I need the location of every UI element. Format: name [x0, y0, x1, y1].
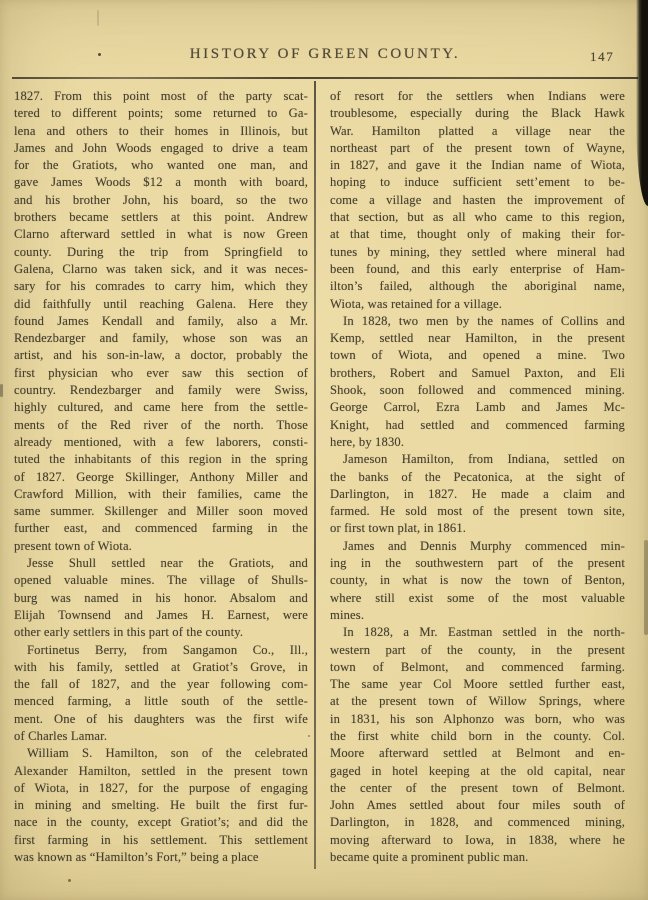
text-line: ment. One of his daughters was the first… [14, 711, 308, 728]
text-line: gaged in hotel keeping at the old capita… [330, 763, 625, 780]
text-line: became quite a prominent public man. [330, 849, 625, 866]
text-line: nace in the county, except Gratiot’s; an… [14, 814, 308, 831]
text-line: John Ames settled about four miles south… [330, 797, 625, 814]
text-line: Wiota, was retained for a village. [330, 296, 625, 313]
page-number: 147 [590, 49, 626, 65]
text-line: where still exist some of the most valua… [330, 590, 625, 607]
text-line: in mining and smelting. He built the fir… [14, 797, 308, 814]
text-line: War. Hamilton platted a village near the [330, 123, 625, 140]
text-line: James and Dennis Murphy commenced min- [330, 538, 625, 555]
text-line: Darlington, in 1827. He made a claim and [330, 486, 625, 503]
text-line: tered to different points; some returned… [14, 105, 308, 122]
text-line: Clarno afterward settled in what is now … [14, 226, 308, 243]
text-line: or first town plat, in 1861. [330, 520, 625, 537]
text-line: Rendezbarger and family, whose son was a… [14, 330, 308, 347]
text-line: Elijah Townsend and James H. Earnest, we… [14, 607, 308, 624]
text-line: sary for his comrades to carry him, whic… [14, 278, 308, 295]
text-line: lena and others to their homes in Illino… [14, 123, 308, 140]
text-line: moving afterward to Iowa, in 1838, where… [330, 832, 625, 849]
scan-edge-artifact [644, 540, 648, 635]
text-line: county, in what is now the town of Bento… [330, 572, 625, 589]
text-line: Knight, had settled and commenced farmin… [330, 417, 625, 434]
text-line: Jesse Shull settled near the Gratiots, a… [14, 555, 308, 572]
text-line: In 1828, two men by the names of Collins… [330, 313, 625, 330]
text-line: William S. Hamilton, son of the celebrat… [14, 745, 308, 762]
text-line: first farming in his settlement. This se… [14, 832, 308, 849]
text-line: did faithfully until reaching Galena. He… [14, 296, 308, 313]
text-line: in 1827, and gave it the Indian name of … [330, 157, 625, 174]
text-line: Shook, soon followed and commenced minin… [330, 382, 625, 399]
left-text-column: 1827. From this point most of the party … [14, 88, 308, 866]
text-line: Darlington, in 1828, and commenced minin… [330, 814, 625, 831]
text-line: brothers became settlers at this point. … [14, 209, 308, 226]
text-line: found James Kendall and family, also a M… [14, 313, 308, 330]
book-page-scan: HISTORY OF GREEN COUNTY. 147 1827. From … [0, 0, 648, 900]
text-line: already mentioned, with a few laborers, … [14, 434, 308, 451]
text-line: of 1827. George Skillinger, Anthony Mill… [14, 469, 308, 486]
column-divider [314, 81, 316, 869]
text-line: western part of the county, in the prese… [330, 642, 625, 659]
scan-edge-artifact [636, 0, 648, 206]
text-line: opened valuable mines. The village of Sh… [14, 572, 308, 589]
text-line: James and John Woods engaged to drive a … [14, 140, 308, 157]
text-line: Fortinetus Berry, from Sangamon Co., Ill… [14, 642, 308, 659]
text-line: further east, and commenced farming in t… [14, 520, 308, 537]
text-line: hoping to induce sufficient sett’ement t… [330, 174, 625, 191]
text-line: Jameson Hamilton, from Indiana, settled … [330, 451, 625, 468]
text-line: farmed. He sold most of the present town… [330, 503, 625, 520]
header-rule [12, 77, 638, 79]
text-line: for the Gratiots, who wanted one man, an… [14, 157, 308, 174]
text-line: menced farming, a little south of the se… [14, 693, 308, 710]
text-line: and his brother John, his board, so the … [14, 192, 308, 209]
text-line: with his family, settled at Gratiot’s Gr… [14, 659, 308, 676]
text-line: of resort for the settlers when Indians … [330, 88, 625, 105]
scan-speck [68, 879, 71, 882]
text-line: The same year Col Moore settled further … [330, 676, 625, 693]
text-line: mines. [330, 607, 625, 624]
text-line: ing in the southwestern part of the pres… [330, 555, 625, 572]
text-line: the center of the present town of Belmon… [330, 780, 625, 797]
page-title: HISTORY OF GREEN COUNTY. [12, 46, 638, 63]
text-line: country. Rendezbarger and family were Sw… [14, 382, 308, 399]
scan-speck [97, 10, 99, 26]
right-text-column: of resort for the settlers when Indians … [330, 88, 625, 866]
text-line: troublesome, especially during the Black… [330, 105, 625, 122]
scan-speck [0, 384, 3, 397]
text-line: here, by 1830. [330, 434, 625, 451]
text-line: 1827. From this point most of the party … [14, 88, 308, 105]
text-line: come a village and hasten the improvemen… [330, 192, 625, 209]
text-line: been found, and this early enterprise of… [330, 261, 625, 278]
scan-speck [308, 735, 310, 737]
text-line: first physician who ever saw this sectio… [14, 365, 308, 382]
text-line: town of Wiota, and opened a mine. Two [330, 347, 625, 364]
text-line: Kemp, settled near Hamilton, in the pres… [330, 330, 625, 347]
text-line: ilton’s failed, although the aboriginal … [330, 278, 625, 295]
text-line: the first white child born in the county… [330, 728, 625, 745]
text-line: brothers, Robert and Samuel Paxton, and … [330, 365, 625, 382]
text-line: ments of the Red river of the north. Tho… [14, 417, 308, 434]
text-line: of Charles Lamar. [14, 728, 308, 745]
text-line: that section, but as all who came to thi… [330, 209, 625, 226]
text-line: tunes by mining, they settled where mine… [330, 244, 625, 261]
text-line: artist, and his son-in-law, a doctor, pr… [14, 347, 308, 364]
text-line: In 1828, a Mr. Eastman settled in the no… [330, 624, 625, 641]
text-line: present town of Wiota. [14, 538, 308, 555]
text-line: county. During the trip from Springfield… [14, 244, 308, 261]
text-line: burg was named in his honor. Absalom and [14, 590, 308, 607]
text-line: was known as “Hamilton’s Fort,” being a … [14, 849, 308, 866]
text-line: same summer. Skillenger and Miller soon … [14, 503, 308, 520]
text-line: at the present town of Willow Springs, w… [330, 693, 625, 710]
text-line: highly cultured, and came here from the … [14, 399, 308, 416]
text-line: in 1831, his son Alphonzo was born, who … [330, 711, 625, 728]
text-line: George Carrol, Ezra Lamb and James Mc- [330, 399, 625, 416]
text-line: at that time, thought only of making the… [330, 226, 625, 243]
text-line: town of Belmont, and commenced farming. [330, 659, 625, 676]
text-line: the fall of 1827, and the year following… [14, 676, 308, 693]
text-line: northeast part of the present town of Wa… [330, 140, 625, 157]
text-line: tuted the inhabitants of this region in … [14, 451, 308, 468]
text-line: other early settlers in this part of the… [14, 624, 308, 641]
text-line: the banks of the Pecatonica, at the sigh… [330, 469, 625, 486]
text-line: of Wiota, in 1827, for the purpose of en… [14, 780, 308, 797]
text-line: Alexander Hamilton, settled in the prese… [14, 763, 308, 780]
text-line: gave James Woods $12 a month with board, [14, 174, 308, 191]
text-line: Moore afterward settled at Belmont and e… [330, 745, 625, 762]
scan-speck [98, 53, 101, 56]
text-line: Crawford Million, with their families, c… [14, 486, 308, 503]
text-line: Galena, Clarno was taken sick, and it wa… [14, 261, 308, 278]
